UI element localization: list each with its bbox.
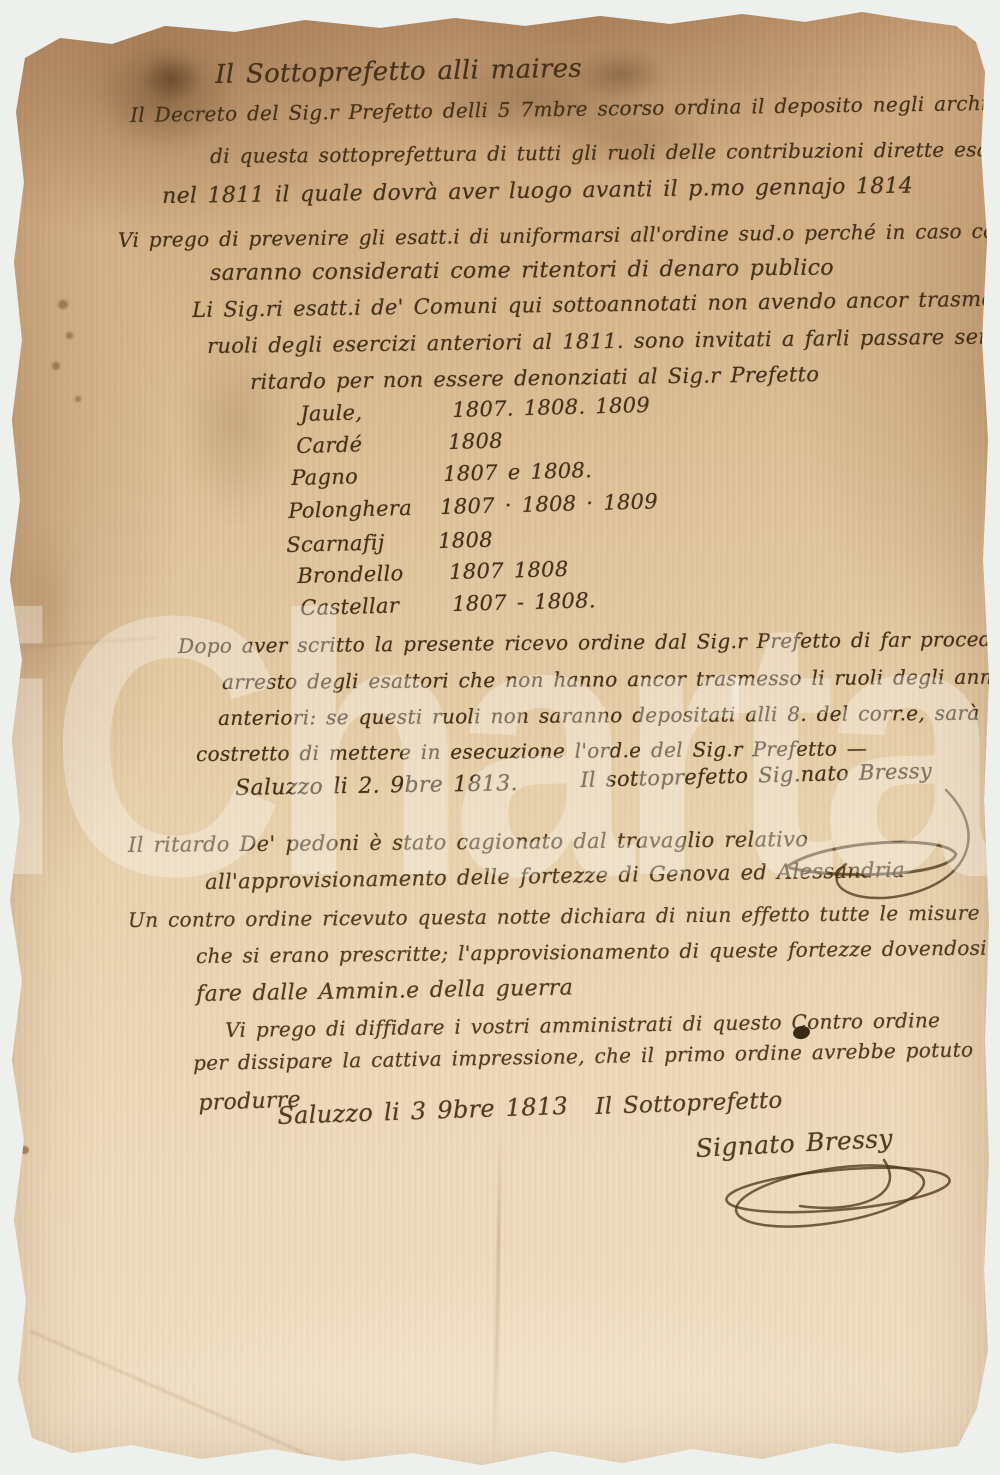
paragraph4-line4: costretto di mettere in esecuzione l'ord… [196,738,867,764]
commune-years: 1807 e 1808. [443,458,593,486]
commune-years: 1808 [438,528,493,553]
paragraph2-line1: Vi prego di prevenire gli esatt.i di uni… [118,220,1000,250]
commune-row: Brondello1807 1808 [297,559,569,587]
dateline2-place-date: Saluzzo li 3 9bre 1813 [277,1094,568,1128]
paragraph5-line1: Il ritardo De' pedoni è stato cagionato … [128,829,808,856]
paragraph5-line2: all'approvisionamento delle fortezze di … [205,860,905,893]
paragraph2-line2: saranno considerati come ritentori di de… [210,258,834,285]
paragraph6-line3: fare dalle Ammin.e della guerra [196,977,573,1006]
paragraph1-line3: nel 1811 il quale dovrà aver luogo avant… [162,176,913,208]
signature-bressy: Signato Bressy [695,1126,893,1161]
commune-years: 1807 1808 [449,557,569,584]
paragraph1-line1: Il Decreto del Sig.r Prefetto delli 5 7m… [130,93,1000,125]
paragraph4-line3: anteriori: se questi ruoli non saranno d… [218,703,980,728]
paragraph4-line1: Dopo aver scritto la presente ricevo ord… [178,628,1000,656]
stain [180,330,290,520]
commune-name: Castellar [300,594,452,619]
signature-flourish-loop [732,1154,928,1237]
foxing-spot [58,300,68,309]
foxing-spot [20,1146,29,1154]
fold-crease [493,1130,502,1465]
commune-name: Scarnafij [286,531,438,556]
foxing-spot [52,362,60,370]
commune-name: Pagno [291,464,443,489]
commune-row: Castellar1807 - 1808. [300,590,596,619]
commune-name: Brondello [297,562,449,587]
dateline1-signoff: Il sottoprefetto Sig.nato Bressy [580,761,932,791]
dateline1-place-date: Saluzzo li 2. 9bre 1813. [235,773,518,800]
manuscript-paper-sheet: Il Sottoprefetto alli maires Il Decreto … [0,0,1000,1475]
paragraph7-line1: Vi prego di diffidare i vostri amministr… [225,1010,940,1040]
commune-name: Cardé [296,432,448,457]
paragraph3-line2: ruoli degli esercizi anteriori al 1811. … [207,326,1000,357]
paragraph6-line2: che si erano prescritte; l'approvisionam… [196,938,987,966]
stain [140,55,202,101]
stain [8,520,78,700]
commune-row: Jaule,1807. 1808. 1809 [300,395,650,425]
paragraph7-line2: per dissipare la cattiva impressione, ch… [193,1039,973,1073]
commune-years: 1807 - 1808. [452,588,596,616]
paragraph4-line2: arresto degli esattori che non hanno anc… [222,667,1000,692]
scanner-background: { "scan": { "scanner_background_color": … [0,0,1000,1475]
heading-line: Il Sottoprefetto alli maires [215,56,582,88]
paragraph3-line1: Li Sig.ri esatt.i de' Comuni qui sottoan… [192,288,1000,321]
commune-row: Polonghera1807 · 1808 · 1809 [288,491,658,522]
paragraph6-line1: Un contro ordine ricevuto questa notte d… [128,903,980,930]
stain [575,48,667,100]
paragraph3-line3: ritardo per non essere denonziati al Sig… [250,364,819,393]
foxing-spot [66,332,73,339]
signature-flourish-tail [800,1160,890,1208]
fold-crease [29,1330,331,1466]
commune-row: Pagno1807 e 1808. [291,460,592,489]
commune-name: Jaule, [300,400,452,425]
dateline2-signoff: Il Sottoprefetto [595,1089,783,1119]
signature-flourish-loop [725,1160,952,1219]
commune-years: 1807. 1808. 1809 [452,393,650,422]
commune-years: 1807 · 1808 · 1809 [440,489,658,519]
commune-name: Polonghera [288,497,440,522]
foxing-spot [75,396,81,402]
fold-crease [8,637,158,649]
commune-row: Cardé1808 [296,431,503,457]
commune-row: Scarnafij1808 [286,530,493,556]
paragraph1-line2: di questa sottoprefettura di tutti gli r… [210,139,1000,166]
commune-years: 1808 [448,429,503,454]
